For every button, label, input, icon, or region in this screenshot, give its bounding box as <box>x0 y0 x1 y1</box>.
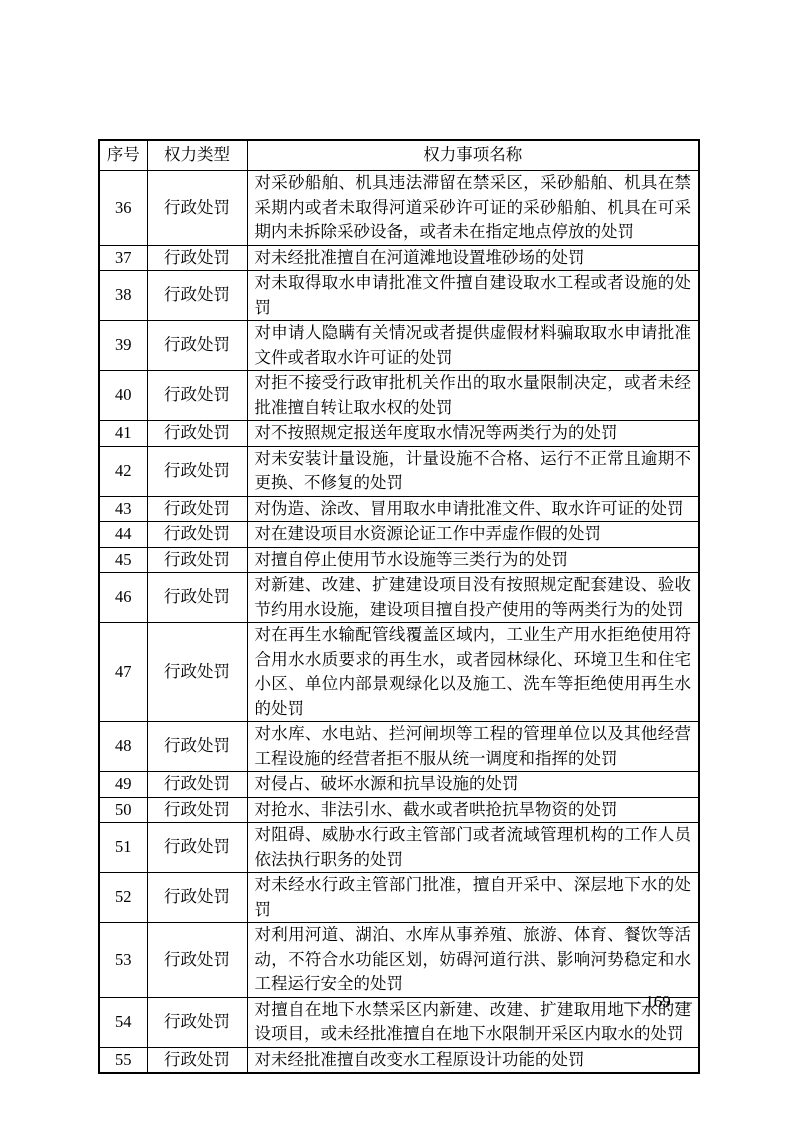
row-serial-number: 43 <box>99 496 147 522</box>
row-power-item-name: 对利用河道、湖泊、水库从事养殖、旅游、体育、餐饮等活动，不符合水功能区划，妨碍河… <box>247 923 699 998</box>
row-power-type: 行政处罚 <box>147 496 247 522</box>
row-power-item-name: 对拒不接受行政审批机关作出的取水量限制决定，或者未经批准擅自转让取水权的处罚 <box>247 371 699 421</box>
row-power-item-name: 对不按照规定报送年度取水情况等两类行为的处罚 <box>247 421 699 447</box>
row-power-type: 行政处罚 <box>147 321 247 371</box>
row-serial-number: 55 <box>99 1047 147 1073</box>
row-power-type: 行政处罚 <box>147 271 247 321</box>
table-row: 37 行政处罚 对未经批准擅自在河道滩地设置堆砂场的处罚 <box>99 245 699 271</box>
table-row: 40 行政处罚 对拒不接受行政审批机关作出的取水量限制决定，或者未经批准擅自转让… <box>99 371 699 421</box>
table-row: 49 行政处罚 对侵占、破坏水源和抗旱设施的处罚 <box>99 772 699 798</box>
row-power-type: 行政处罚 <box>147 772 247 798</box>
table-row: 44 行政处罚 对在建设项目水资源论证工作中弄虚作假的处罚 <box>99 522 699 548</box>
row-power-type: 行政处罚 <box>147 722 247 772</box>
row-serial-number: 53 <box>99 923 147 998</box>
row-power-item-name: 对抢水、非法引水、截水或者哄抢抗旱物资的处罚 <box>247 797 699 823</box>
table-row: 50 行政处罚 对抢水、非法引水、截水或者哄抢抗旱物资的处罚 <box>99 797 699 823</box>
row-power-item-name: 对未经批准擅自在河道滩地设置堆砂场的处罚 <box>247 245 699 271</box>
row-power-item-name: 对伪造、涂改、冒用取水申请批准文件、取水许可证的处罚 <box>247 496 699 522</box>
row-power-item-name: 对在再生水输配管线覆盖区域内，工业生产用水拒绝使用符合用水水质要求的再生水，或者… <box>247 623 699 722</box>
table-row: 51 行政处罚 对阻碍、威胁水行政主管部门或者流域管理机构的工作人员依法执行职务… <box>99 823 699 873</box>
row-power-type: 行政处罚 <box>147 923 247 998</box>
table-row: 41 行政处罚 对不按照规定报送年度取水情况等两类行为的处罚 <box>99 421 699 447</box>
column-header-power-item-name: 权力事项名称 <box>247 140 699 171</box>
row-power-item-name: 对侵占、破坏水源和抗旱设施的处罚 <box>247 772 699 798</box>
row-power-type: 行政处罚 <box>147 1047 247 1073</box>
row-serial-number: 50 <box>99 797 147 823</box>
row-serial-number: 45 <box>99 547 147 573</box>
row-power-item-name: 对在建设项目水资源论证工作中弄虚作假的处罚 <box>247 522 699 548</box>
row-power-item-name: 对擅自停止使用节水设施等三类行为的处罚 <box>247 547 699 573</box>
row-power-type: 行政处罚 <box>147 371 247 421</box>
table-row: 46 行政处罚 对新建、改建、扩建建设项目没有按照规定配套建设、验收节约用水设施… <box>99 573 699 623</box>
row-power-item-name: 对水库、水电站、拦河闸坝等工程的管理单位以及其他经营工程设施的经营者拒不服从统一… <box>247 722 699 772</box>
table-row: 53 行政处罚 对利用河道、湖泊、水库从事养殖、旅游、体育、餐饮等活动，不符合水… <box>99 923 699 998</box>
table-row: 52 行政处罚 对未经水行政主管部门批准，擅自开采中、深层地下水的处罚 <box>99 873 699 923</box>
row-serial-number: 49 <box>99 772 147 798</box>
row-power-type: 行政处罚 <box>147 171 247 246</box>
row-power-type: 行政处罚 <box>147 873 247 923</box>
table-row: 39 行政处罚 对申请人隐瞒有关情况或者提供虚假材料骗取取水申请批准文件或者取水… <box>99 321 699 371</box>
row-serial-number: 37 <box>99 245 147 271</box>
row-power-item-name: 对采砂船舶、机具违法滞留在禁采区，采砂船舶、机具在禁采期内或者未取得河道采砂许可… <box>247 171 699 246</box>
table-row: 47 行政处罚 对在再生水输配管线覆盖区域内，工业生产用水拒绝使用符合用水水质要… <box>99 623 699 722</box>
column-header-power-type: 权力类型 <box>147 140 247 171</box>
power-items-table: 序号 权力类型 权力事项名称 36 行政处罚 对采砂船舶、机具违法滞留在禁采区，… <box>98 139 700 1074</box>
page-number: — 169 — <box>0 992 692 1012</box>
row-serial-number: 44 <box>99 522 147 548</box>
table-row: 42 行政处罚 对未安装计量设施，计量设施不合格、运行不正常且逾期不更换、不修复… <box>99 446 699 496</box>
row-serial-number: 42 <box>99 446 147 496</box>
row-power-type: 行政处罚 <box>147 446 247 496</box>
row-power-item-name: 对阻碍、威胁水行政主管部门或者流域管理机构的工作人员依法执行职务的处罚 <box>247 823 699 873</box>
row-serial-number: 41 <box>99 421 147 447</box>
row-power-type: 行政处罚 <box>147 522 247 548</box>
table-row: 45 行政处罚 对擅自停止使用节水设施等三类行为的处罚 <box>99 547 699 573</box>
row-power-type: 行政处罚 <box>147 623 247 722</box>
row-serial-number: 47 <box>99 623 147 722</box>
document-page: 序号 权力类型 权力事项名称 36 行政处罚 对采砂船舶、机具违法滞留在禁采区，… <box>0 0 793 1122</box>
row-serial-number: 48 <box>99 722 147 772</box>
row-power-type: 行政处罚 <box>147 547 247 573</box>
row-serial-number: 51 <box>99 823 147 873</box>
row-serial-number: 39 <box>99 321 147 371</box>
row-power-type: 行政处罚 <box>147 823 247 873</box>
row-power-item-name: 对未安装计量设施，计量设施不合格、运行不正常且逾期不更换、不修复的处罚 <box>247 446 699 496</box>
row-power-item-name: 对申请人隐瞒有关情况或者提供虚假材料骗取取水申请批准文件或者取水许可证的处罚 <box>247 321 699 371</box>
row-serial-number: 52 <box>99 873 147 923</box>
row-power-type: 行政处罚 <box>147 573 247 623</box>
table-row: 38 行政处罚 对未取得取水申请批准文件擅自建设取水工程或者设施的处罚 <box>99 271 699 321</box>
row-power-item-name: 对未经水行政主管部门批准，擅自开采中、深层地下水的处罚 <box>247 873 699 923</box>
row-serial-number: 40 <box>99 371 147 421</box>
table-row: 48 行政处罚 对水库、水电站、拦河闸坝等工程的管理单位以及其他经营工程设施的经… <box>99 722 699 772</box>
table-row: 55 行政处罚 对未经批准擅自改变水工程原设计功能的处罚 <box>99 1047 699 1073</box>
row-power-type: 行政处罚 <box>147 797 247 823</box>
row-power-item-name: 对未经批准擅自改变水工程原设计功能的处罚 <box>247 1047 699 1073</box>
row-serial-number: 46 <box>99 573 147 623</box>
row-serial-number: 36 <box>99 171 147 246</box>
table-row: 43 行政处罚 对伪造、涂改、冒用取水申请批准文件、取水许可证的处罚 <box>99 496 699 522</box>
row-power-type: 行政处罚 <box>147 245 247 271</box>
row-power-item-name: 对未取得取水申请批准文件擅自建设取水工程或者设施的处罚 <box>247 271 699 321</box>
table-row: 36 行政处罚 对采砂船舶、机具违法滞留在禁采区，采砂船舶、机具在禁采期内或者未… <box>99 171 699 246</box>
column-header-serial-number: 序号 <box>99 140 147 171</box>
row-serial-number: 38 <box>99 271 147 321</box>
row-power-type: 行政处罚 <box>147 421 247 447</box>
row-power-item-name: 对新建、改建、扩建建设项目没有按照规定配套建设、验收节约用水设施，建设项目擅自投… <box>247 573 699 623</box>
table-header-row: 序号 权力类型 权力事项名称 <box>99 140 699 171</box>
